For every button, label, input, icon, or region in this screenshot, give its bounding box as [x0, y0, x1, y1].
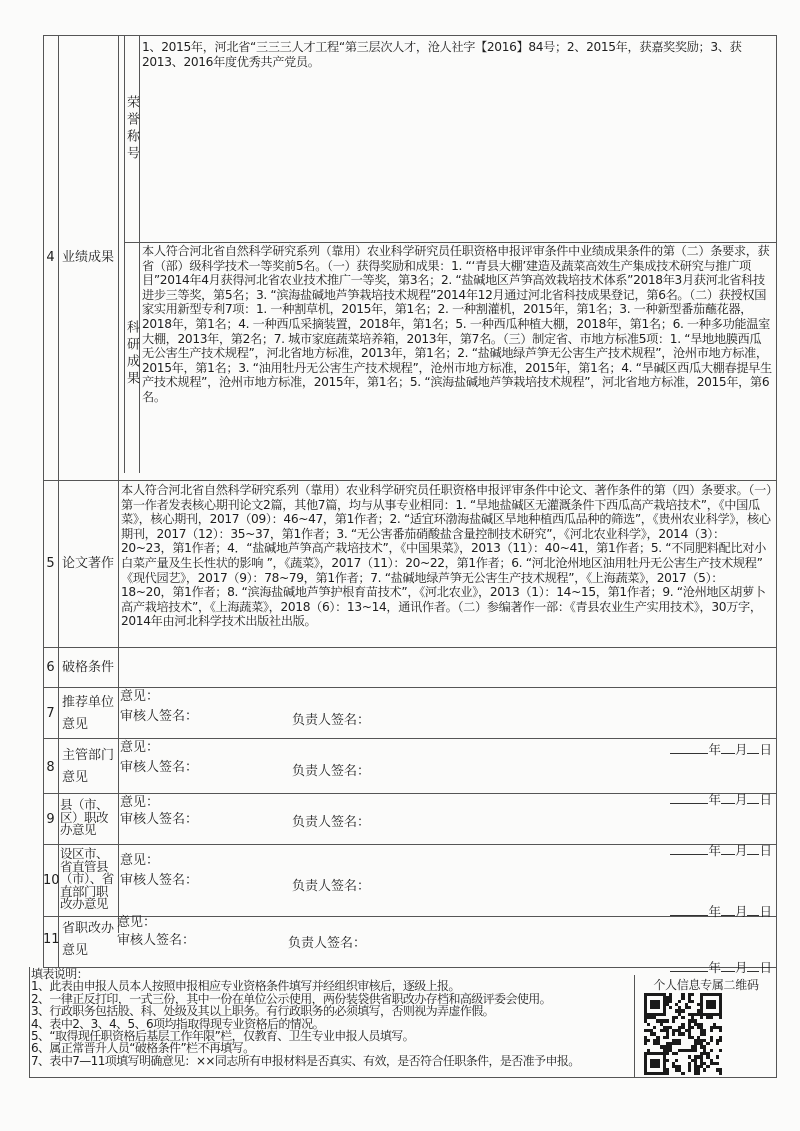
row-divider — [43, 480, 777, 481]
row-label-papers: 论文著作 — [62, 556, 122, 571]
date-field[interactable]: 年月日 — [600, 790, 772, 808]
row-number: 10 — [43, 873, 58, 888]
subsection-label-honors: 荣誉称号 — [124, 95, 139, 185]
row-divider — [43, 687, 777, 688]
notes-border-left — [29, 967, 30, 1077]
row-divider — [43, 738, 777, 739]
papers-content: 本人符合河北省自然科学研究系列（靠用）农业科学研究员任职资格申报评审条件中论文、… — [121, 483, 773, 629]
reviewer-signature-label: 审核人签名： — [120, 709, 198, 724]
row-number: 6 — [43, 660, 58, 675]
row-label-county-office: 县（市、区）职改办意见 — [60, 799, 118, 837]
row-number: 11 — [43, 932, 58, 947]
date-field[interactable]: 年月日 — [600, 841, 772, 859]
row-label-recommending-unit: 推荐单位意见 — [62, 692, 117, 736]
opinion-label: 意见： — [120, 853, 159, 868]
qr-code-icon[interactable] — [644, 993, 722, 1075]
row-divider — [124, 242, 777, 243]
subsection-label-research: 科研成果 — [124, 320, 139, 410]
instruction-item: 6、属正常晋升人员“破格条件”栏不再填写。 — [31, 1042, 631, 1054]
opinion-label: 意见： — [120, 740, 159, 755]
row-label-city-office: 设区市、省直管县（市）、省直部门职改办意见 — [60, 848, 118, 911]
reviewer-signature-label: 审核人签名： — [120, 812, 198, 827]
table-border-right — [776, 35, 777, 967]
opinion-label: 意见： — [117, 915, 156, 930]
row-label-achievements: 业绩成果 — [62, 250, 122, 265]
column-divider — [118, 35, 119, 933]
date-field[interactable]: 年月日 — [600, 902, 772, 920]
reviewer-signature-label: 审核人签名： — [117, 933, 195, 948]
row-divider — [43, 647, 777, 648]
row-label-exceptional: 破格条件 — [62, 660, 122, 675]
date-field[interactable]: 年月日 — [600, 740, 772, 758]
row-label-supervising-dept: 主管部门意见 — [62, 745, 117, 789]
instruction-item: 7、表中7—11项填写明确意见：××同志所有申报材料是否真实、有效，是否符合任职… — [31, 1055, 631, 1067]
row-number: 9 — [43, 812, 58, 827]
row-label-provincial-office: 省职改办意见 — [62, 918, 117, 962]
table-border-left — [43, 35, 44, 967]
responsible-signature-label: 负责人签名： — [292, 879, 370, 894]
qr-title: 个人信息专属二维码 — [636, 976, 776, 993]
honors-content: 1、2015年，河北省“三三三人才工程“第三层次人才，沧人社字【2016】84号… — [142, 40, 772, 69]
opinion-label: 意见： — [120, 795, 159, 810]
row-number: 4 — [43, 250, 58, 265]
column-divider — [58, 35, 59, 967]
reviewer-signature-label: 审核人签名： — [120, 760, 198, 775]
responsible-signature-label: 负责人签名： — [292, 815, 370, 830]
table-border-top — [43, 35, 777, 36]
row-number: 5 — [43, 556, 58, 571]
responsible-signature-label: 负责人签名： — [292, 764, 370, 779]
responsible-signature-label: 负责人签名： — [288, 936, 366, 951]
instructions: 填表说明： 1、此表由申报人员本人按照申报相应专业资格条件填写并经组织审核后，逐… — [31, 968, 631, 1067]
notes-border-bottom — [29, 1077, 777, 1078]
row-number: 8 — [43, 760, 58, 775]
responsible-signature-label: 负责人签名： — [292, 713, 370, 728]
instruction-item: 3、行政职务包括股、科、处级及其以上职务。有行政职务的必须填写，否则视为弄虚作假… — [31, 1005, 631, 1017]
reviewer-signature-label: 审核人签名： — [120, 873, 198, 888]
opinion-label: 意见： — [120, 689, 159, 704]
research-content: 本人符合河北省自然科学研究系列（靠用）农业科学研究员任职资格申报评审条件中业绩成… — [142, 244, 772, 405]
qr-divider — [634, 975, 635, 1077]
instruction-item: 1、此表由申报人员本人按照申报相应专业资格条件填写并经组织审核后，逐级上报。 — [31, 980, 631, 992]
row-number: 7 — [43, 706, 58, 721]
notes-border-right — [776, 967, 777, 1077]
